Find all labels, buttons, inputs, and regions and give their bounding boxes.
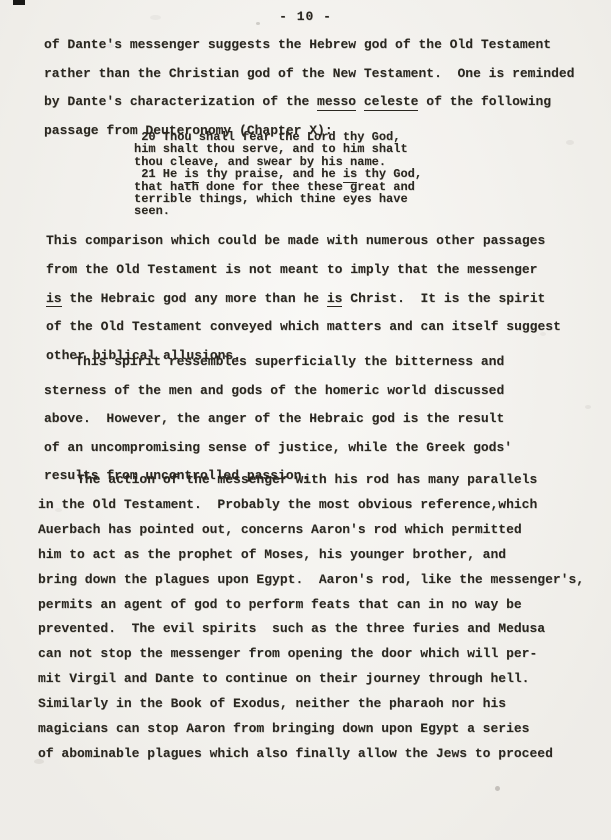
text-line: Similarly in the Book of Exodus, neither…	[38, 692, 584, 717]
text-line: him to act as the prophet of Moses, his …	[38, 543, 584, 568]
text-line: seen.	[134, 205, 422, 217]
text-line: This spirit ressembles superficially the…	[44, 348, 512, 377]
text-line: This comparison which could be made with…	[46, 227, 561, 256]
text-line: in the Old Testament. Probably the most …	[38, 493, 584, 518]
text-line: rather than the Christian god of the New…	[44, 60, 575, 89]
text-line: terrible things, which thine eyes have	[134, 193, 422, 205]
scan-speck	[495, 786, 500, 791]
paragraph-messenger-rod: The action of the messenger with his rod…	[38, 468, 584, 767]
text-line: sterness of the men and gods of the home…	[44, 377, 512, 406]
text-line: by Dante's characterization of the messo…	[44, 88, 575, 117]
text-line: prevented. The evil spirits such as the …	[38, 617, 584, 642]
text-line: from the Old Testament is not meant to i…	[46, 256, 561, 285]
text-line: of an uncompromising sense of justice, w…	[44, 434, 512, 463]
block-quote-deuteronomy: 20 Thou shall fear the Lord thy God,him …	[134, 131, 422, 218]
text-line: The action of the messenger with his rod…	[38, 468, 584, 493]
text-line: of the Old Testament conveyed which matt…	[46, 313, 561, 342]
text-line: is the Hebraic god any more than he is C…	[46, 285, 561, 314]
text-line: of abominable plagues which also finally…	[38, 742, 584, 767]
page-number: - 10 -	[0, 9, 611, 24]
text-line: of Dante's messenger suggests the Hebrew…	[44, 31, 575, 60]
text-line: bring down the plagues upon Egypt. Aaron…	[38, 568, 584, 593]
text-line: above. However, the anger of the Hebraic…	[44, 405, 512, 434]
text-line: can not stop the messenger from opening …	[38, 642, 584, 667]
scan-speck	[585, 405, 591, 409]
text-line: magicians can stop Aaron from bringing d…	[38, 717, 584, 742]
paragraph-continuation: of Dante's messenger suggests the Hebrew…	[44, 31, 575, 145]
text-line: mit Virgil and Dante to continue on thei…	[38, 667, 584, 692]
text-line: permits an agent of god to perform feats…	[38, 593, 584, 618]
scanned-typewritten-page: - 10 - of Dante's messenger suggests the…	[0, 0, 611, 840]
text-line: Auerbach has pointed out, concerns Aaron…	[38, 518, 584, 543]
scan-binding-mark	[13, 0, 25, 5]
